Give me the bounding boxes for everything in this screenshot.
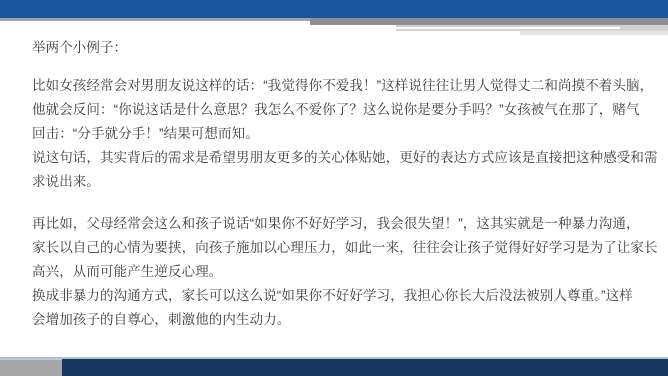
footer-navy-bar [0,359,668,376]
slide-text-block: 举两个小例子： 比如女孩经常会对男朋友说这样的话：“我觉得你不爱我！”这样说往往… [32,36,652,332]
top-accent-bar [0,0,668,18]
text-line: 说这句话，其实背后的需求是希望男朋友更多的关心体贴她，更好的表达方式应该是直接把… [32,146,652,170]
top-right-gray-band [310,18,668,25]
paragraph-girlfriend-example: 比如女孩经常会对男朋友说这样的话：“我觉得你不爱我！”这样说往往让男人觉得丈二和… [32,74,652,194]
paragraph-parent-example: 再比如，父母经常会这么和孩子说话“如果你不好好学习，我会很失望！”，这其实就是一… [32,212,652,332]
intro-line: 举两个小例子： [32,36,652,60]
text-line: 换成非暴力的沟通方式，家长可以这么说“如果你不好好学习，我担心你长大后没法被别人… [32,284,652,308]
text-line: 高兴，从而可能产生逆反心理。 [32,260,652,284]
text-line: 会增加孩子的自尊心，刺激他的内生动力。 [32,308,652,332]
text-line: 比如女孩经常会对男朋友说这样的话：“我觉得你不爱我！”这样说往往让男人觉得丈二和… [32,74,652,98]
text-line: 家长以自己的心情为要挟，向孩子施加以心理压力，如此一来，往往会让孩子觉得好好学习… [32,236,652,260]
top-right-pale-band [520,31,668,35]
top-right-white-line [396,27,620,29]
text-line: 回击：“分手就分手！”结果可想而知。 [32,122,652,146]
presentation-slide: 举两个小例子： 比如女孩经常会对男朋友说这样的话：“我觉得你不爱我！”这样说往往… [0,0,668,376]
text-line: 他就会反问：“你说这话是什么意思？我怎么不爱你了？这么说你是要分手吗？”女孩被气… [32,98,652,122]
text-line: 再比如，父母经常会这么和孩子说话“如果你不好好学习，我会很失望！”，这其实就是一… [32,212,652,236]
text-line: 求说出来。 [32,170,652,194]
footer-gray-block [0,359,62,376]
